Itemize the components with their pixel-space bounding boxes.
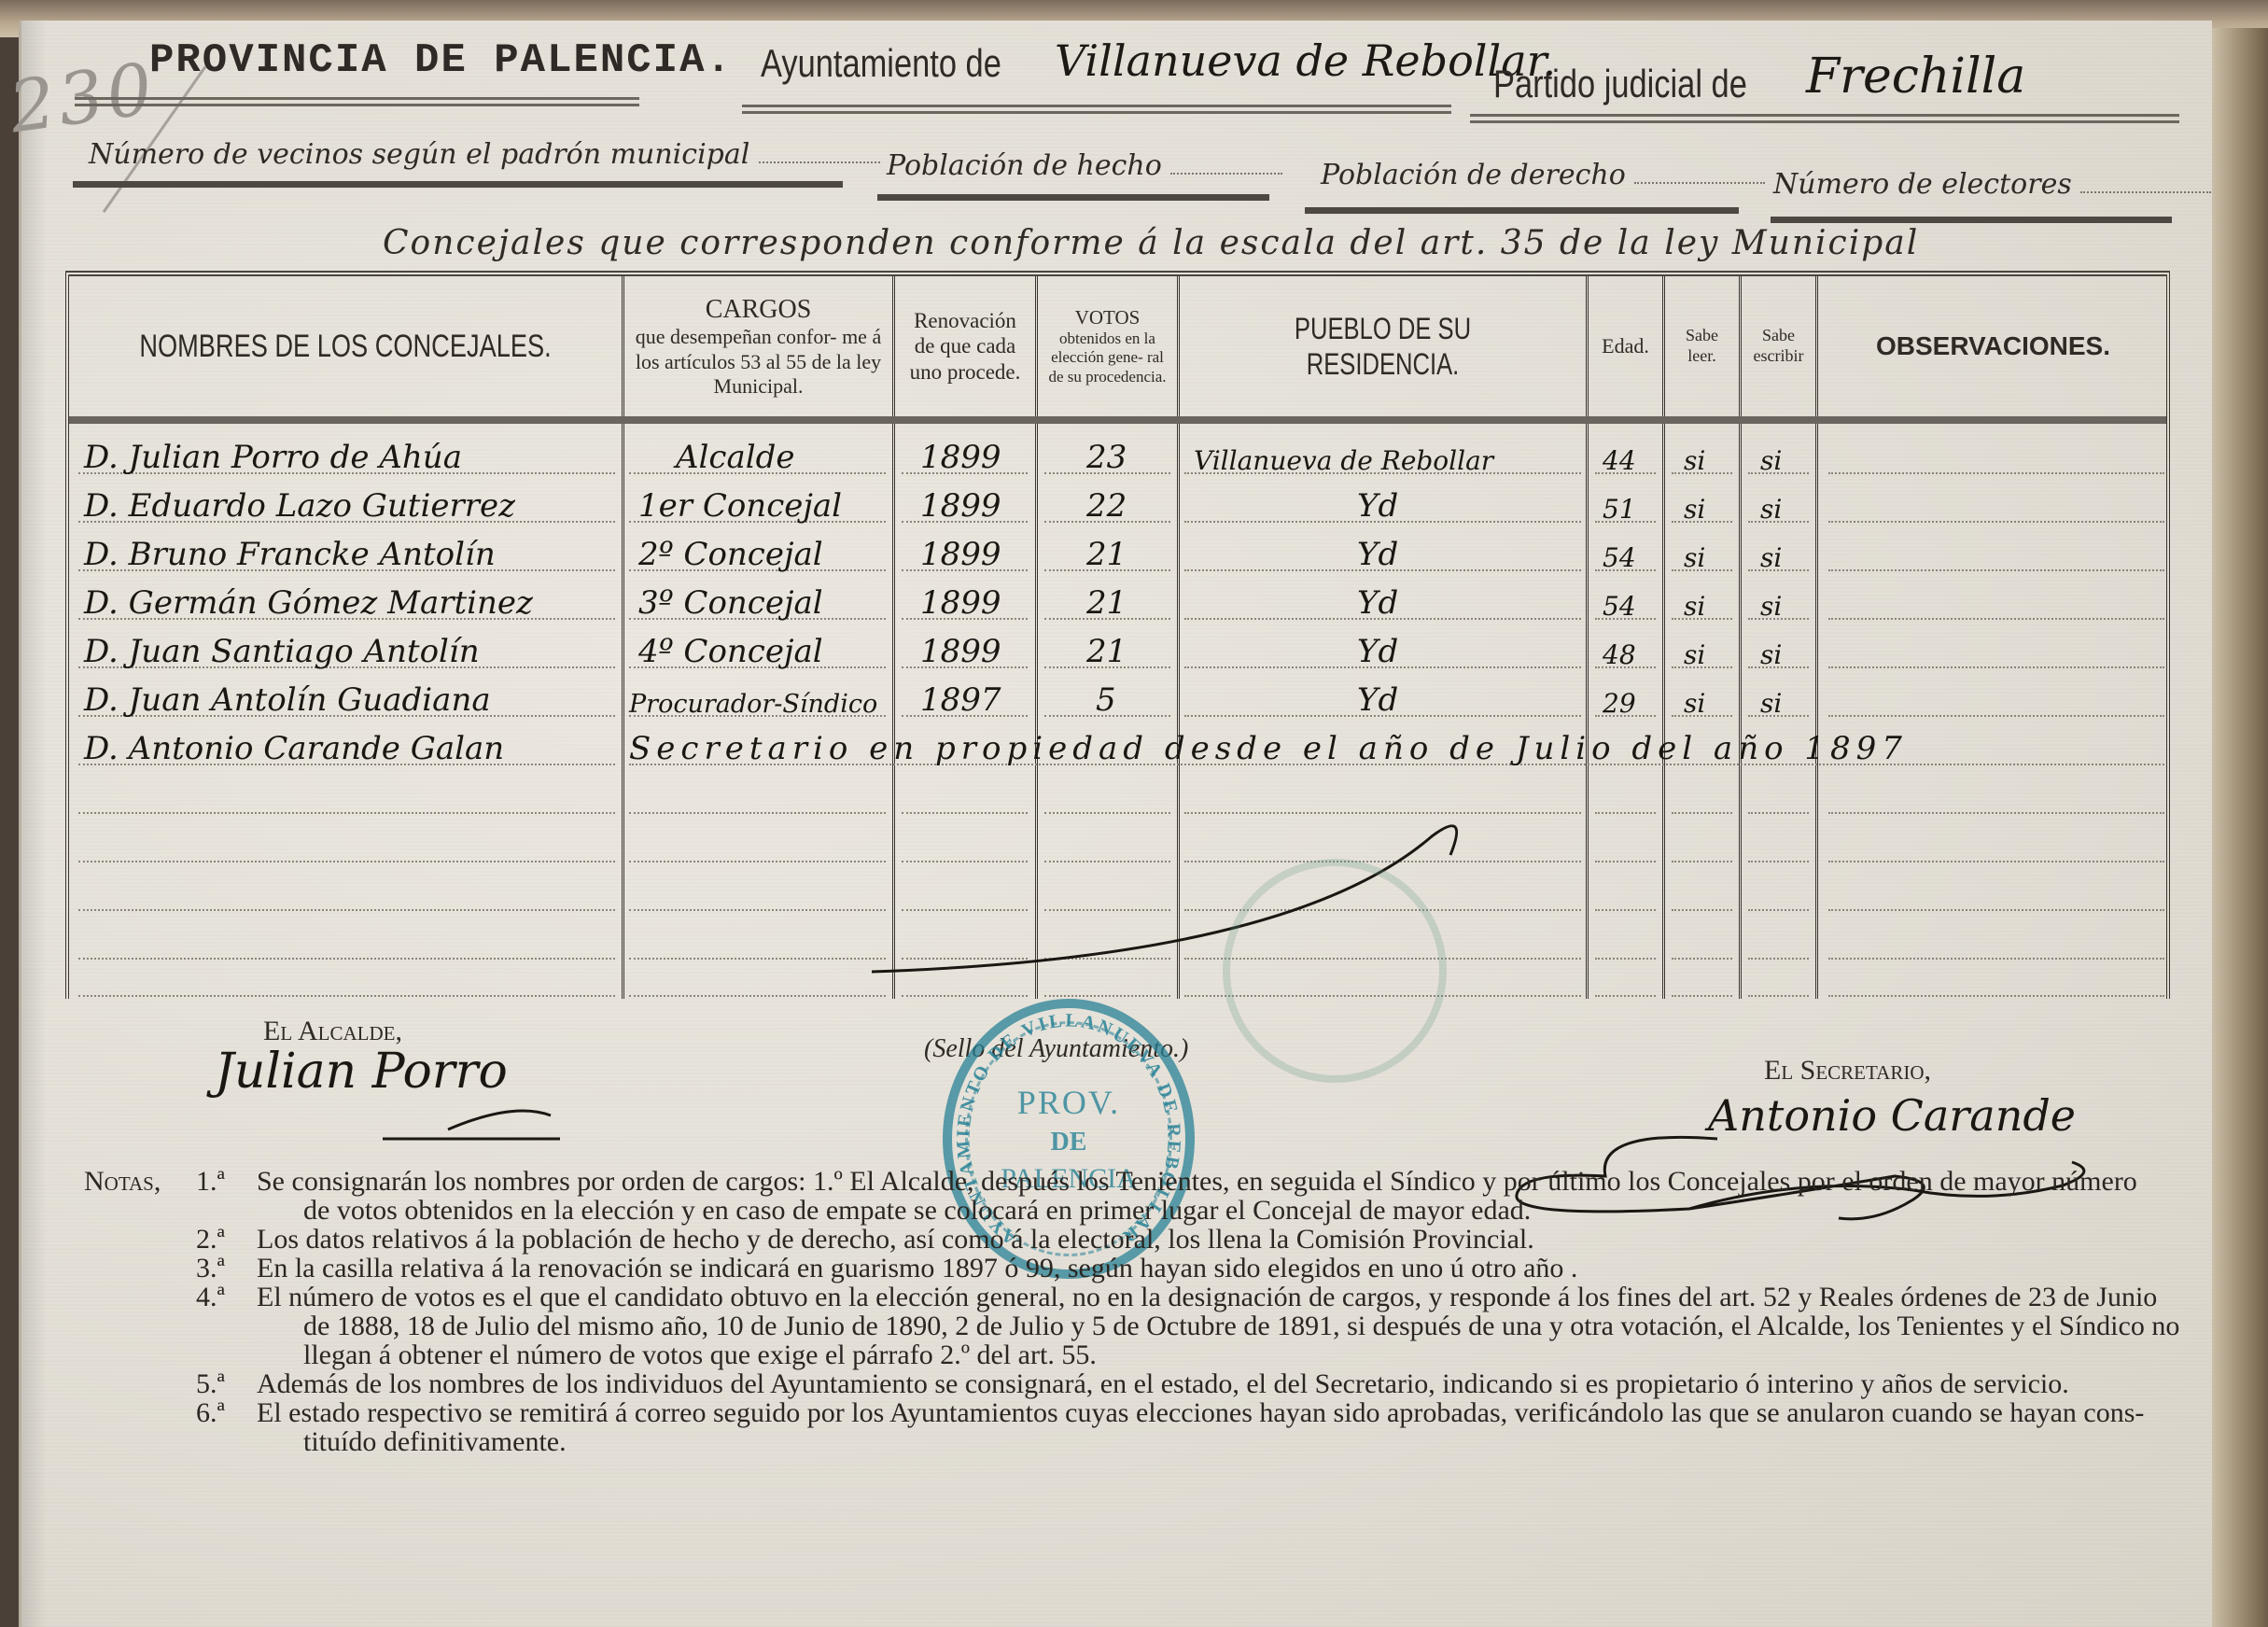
cell-secretario-note: Secretario en propiedad desde el año de … <box>629 730 1908 767</box>
ayuntamiento-label: Ayuntamiento de <box>761 41 1001 86</box>
cell-votos: 21 <box>1086 633 1127 670</box>
cell-renovacion: 1899 <box>920 584 1001 622</box>
header-nombres: NOMBRES DE LOS CONCEJALES. <box>124 276 567 416</box>
alcalde-signature: Julian Porro <box>215 1044 508 1100</box>
page-stack-edge <box>2212 28 2268 1627</box>
cell-sabe-escribir: si <box>1760 688 1782 719</box>
alcalde-rubric <box>373 1101 579 1148</box>
secretario-label: El Secretario, <box>1764 1055 1931 1087</box>
table-row-secretario: D. Antonio Carande Galan Secretario en p… <box>69 724 2166 773</box>
field-rule <box>1771 217 2172 223</box>
cell-sabe-escribir: si <box>1760 542 1782 573</box>
note-line: El número de votos es el que el candidat… <box>257 1283 2184 1311</box>
header-cargos: CARGOS que desempeñan confor- me á los a… <box>624 276 892 416</box>
note-3: 3.ª En la casilla relativa á la renovaci… <box>84 1254 2184 1283</box>
poblacion-derecho-label: Población de derecho <box>1321 159 1626 191</box>
header-votos-title: VOTOS <box>1075 306 1141 330</box>
note-5: 5.ª Además de los nombres de los individ… <box>84 1369 2184 1398</box>
note-number: 1.ª <box>196 1167 225 1196</box>
cell-renovacion: 1899 <box>920 633 1001 670</box>
cell-cargo: Procurador-Síndico <box>629 690 877 719</box>
cell-edad: 54 <box>1603 591 1636 622</box>
provincia-title: PROVINCIA DE PALENCIA. <box>149 37 733 84</box>
alcalde-label: El Alcalde, <box>263 1016 402 1047</box>
cell-renovacion: 1899 <box>920 439 1001 476</box>
cell-sabe-escribir: si <box>1760 494 1782 525</box>
cell-edad: 54 <box>1603 542 1636 573</box>
concejales-scale-title: Concejales que corresponden conforme á l… <box>383 224 1919 262</box>
cell-edad: 51 <box>1603 494 1636 525</box>
poblacion-derecho-field: Población de derecho <box>1321 159 1765 191</box>
cell-cargo: 3º Concejal <box>638 584 823 622</box>
note-number: 4.ª <box>196 1283 225 1311</box>
note-number: 2.ª <box>196 1225 225 1254</box>
partido-judicial-value: Frechilla <box>1806 49 2025 105</box>
cell-votos: 21 <box>1086 584 1127 622</box>
note-number: 5.ª <box>196 1369 225 1398</box>
cell-votos: 23 <box>1086 439 1127 476</box>
notes-section: Notas, 1.ª Se consignarán los nombres po… <box>84 1167 2184 1456</box>
header-cargos-sub: que desempeñan confor- me á los artículo… <box>624 325 892 399</box>
cell-pueblo: Yd <box>1357 536 1398 573</box>
note-line: llegan á obtener el número de votos que … <box>84 1340 2184 1369</box>
cell-sabe-leer: si <box>1684 591 1705 622</box>
poblacion-derecho-value <box>1634 165 1765 184</box>
note-6: 6.ª El estado respectivo se remitirá á c… <box>84 1398 2184 1427</box>
field-rule <box>73 181 843 188</box>
cell-sabe-escribir: si <box>1760 591 1782 622</box>
table-row: D. Juan Santiago Antolín 4º Concejal 189… <box>69 627 2166 676</box>
poblacion-hecho-field: Población de hecho <box>887 149 1282 182</box>
header-sabe-leer: Sabe leer. <box>1665 276 1739 416</box>
cell-pueblo: Yd <box>1357 584 1398 622</box>
cell-edad: 44 <box>1603 445 1636 476</box>
cell-sabe-leer: si <box>1684 542 1705 573</box>
cell-nombre: D. Julian Porro de Ahúa <box>84 439 462 476</box>
cell-sabe-leer: si <box>1684 445 1705 476</box>
spine-shadow <box>19 21 47 1627</box>
cell-nombre: D. Juan Santiago Antolín <box>84 633 480 670</box>
table-row: D. Germán Gómez Martinez 3º Concejal 189… <box>69 579 2166 627</box>
cell-pueblo: Yd <box>1357 633 1398 670</box>
cell-sabe-leer: si <box>1684 639 1705 670</box>
table-row: D. Bruno Francke Antolín 2º Concejal 189… <box>69 530 2166 579</box>
cell-cargo: 2º Concejal <box>638 536 823 573</box>
note-line: Además de los nombres de los individuos … <box>257 1369 2184 1398</box>
header-renovacion: Renovación de que cada uno procede. <box>895 276 1035 416</box>
cell-sabe-escribir: si <box>1760 639 1782 670</box>
header-edad: Edad. <box>1589 276 1662 416</box>
notes-label: Notas, <box>84 1167 161 1196</box>
cell-sabe-leer: si <box>1684 494 1705 525</box>
cell-nombre: D. Antonio Carande Galan <box>84 730 504 767</box>
note-1: Notas, 1.ª Se consignarán los nombres po… <box>84 1167 2184 1196</box>
concejales-table: NOMBRES DE LOS CONCEJALES. CARGOS que de… <box>65 271 2170 999</box>
note-line: En la casilla relativa á la renovación s… <box>257 1254 2184 1283</box>
cell-votos: 5 <box>1096 681 1116 719</box>
cell-pueblo: Villanueva de Rebollar <box>1194 445 1493 476</box>
note-line: de votos obtenidos en la elección y en c… <box>84 1196 2184 1225</box>
table-row: D. Julian Porro de Ahúa Alcalde 1899 23 … <box>69 433 2166 482</box>
header-observaciones: OBSERVACIONES. <box>1818 276 2168 416</box>
note-line: de 1888, 18 de Julio del mismo año, 10 d… <box>84 1311 2184 1340</box>
vecinos-field: Número de vecinos según el padrón munici… <box>89 138 880 171</box>
cell-cargo: 1er Concejal <box>638 487 842 525</box>
cell-renovacion: 1899 <box>920 487 1001 525</box>
ayuntamiento-value: Villanueva de Rebollar. <box>1055 35 1556 86</box>
cell-votos: 21 <box>1086 536 1127 573</box>
cell-nombre: D. Bruno Francke Antolín <box>84 536 496 573</box>
cell-cargo: 4º Concejal <box>638 633 823 670</box>
cell-sabe-leer: si <box>1684 688 1705 719</box>
header-rule <box>742 105 1451 114</box>
cell-cargo: Alcalde <box>676 439 795 476</box>
poblacion-hecho-label: Población de hecho <box>887 149 1162 182</box>
electores-label: Número de electores <box>1773 168 2072 201</box>
note-line: Se consignarán los nombres por orden de … <box>257 1167 2184 1196</box>
cell-edad: 29 <box>1603 688 1636 719</box>
note-number: 3.ª <box>196 1254 225 1283</box>
table-row: D. Eduardo Lazo Gutierrez 1er Concejal 1… <box>69 482 2166 530</box>
header-rule <box>69 416 2166 424</box>
cell-nombre: D. Germán Gómez Martinez <box>84 584 533 622</box>
electores-field: Número de electores <box>1773 168 2211 201</box>
vecinos-value <box>759 145 880 163</box>
header-rule <box>75 97 639 106</box>
vecinos-label: Número de vecinos según el padrón munici… <box>89 138 749 171</box>
table-row: D. Juan Antolín Guadiana Procurador-Sínd… <box>69 676 2166 724</box>
field-rule <box>877 194 1269 201</box>
cell-sabe-escribir: si <box>1760 445 1782 476</box>
header-rule <box>1470 114 2179 123</box>
cell-renovacion: 1897 <box>920 681 1001 719</box>
header-pueblo: PUEBLO DE SU RESIDENCIA. <box>1221 276 1546 416</box>
cell-pueblo: Yd <box>1357 681 1398 719</box>
note-4: 4.ª El número de votos es el que el cand… <box>84 1283 2184 1311</box>
cell-renovacion: 1899 <box>920 536 1001 573</box>
cell-nombre: D. Eduardo Lazo Gutierrez <box>84 487 515 525</box>
header-sabe-escribir: Sabe escribir <box>1742 276 1815 416</box>
note-2: 2.ª Los datos relativos á la población d… <box>84 1225 2184 1254</box>
note-line: Los datos relativos á la población de he… <box>257 1225 2184 1254</box>
cell-pueblo: Yd <box>1357 487 1398 525</box>
poblacion-hecho-value <box>1170 156 1282 175</box>
note-number: 6.ª <box>196 1398 225 1427</box>
note-line: El estado respectivo se remitirá á corre… <box>257 1398 2184 1427</box>
header-votos: VOTOS obtenidos en la elección gene- ral… <box>1038 276 1177 416</box>
electores-value <box>2080 175 2211 193</box>
header-cargos-title: CARGOS <box>706 294 812 326</box>
note-line: tituído definitivamente. <box>84 1427 2184 1456</box>
header-votos-sub: obtenidos en la elección gene- ral de su… <box>1043 330 1171 386</box>
cell-edad: 48 <box>1603 639 1636 670</box>
field-rule <box>1305 207 1739 214</box>
cell-nombre: D. Juan Antolín Guadiana <box>84 681 491 719</box>
cell-votos: 22 <box>1086 487 1127 525</box>
partido-judicial-label: Partido judicial de <box>1493 62 1747 106</box>
faint-seal <box>1223 859 1447 1083</box>
